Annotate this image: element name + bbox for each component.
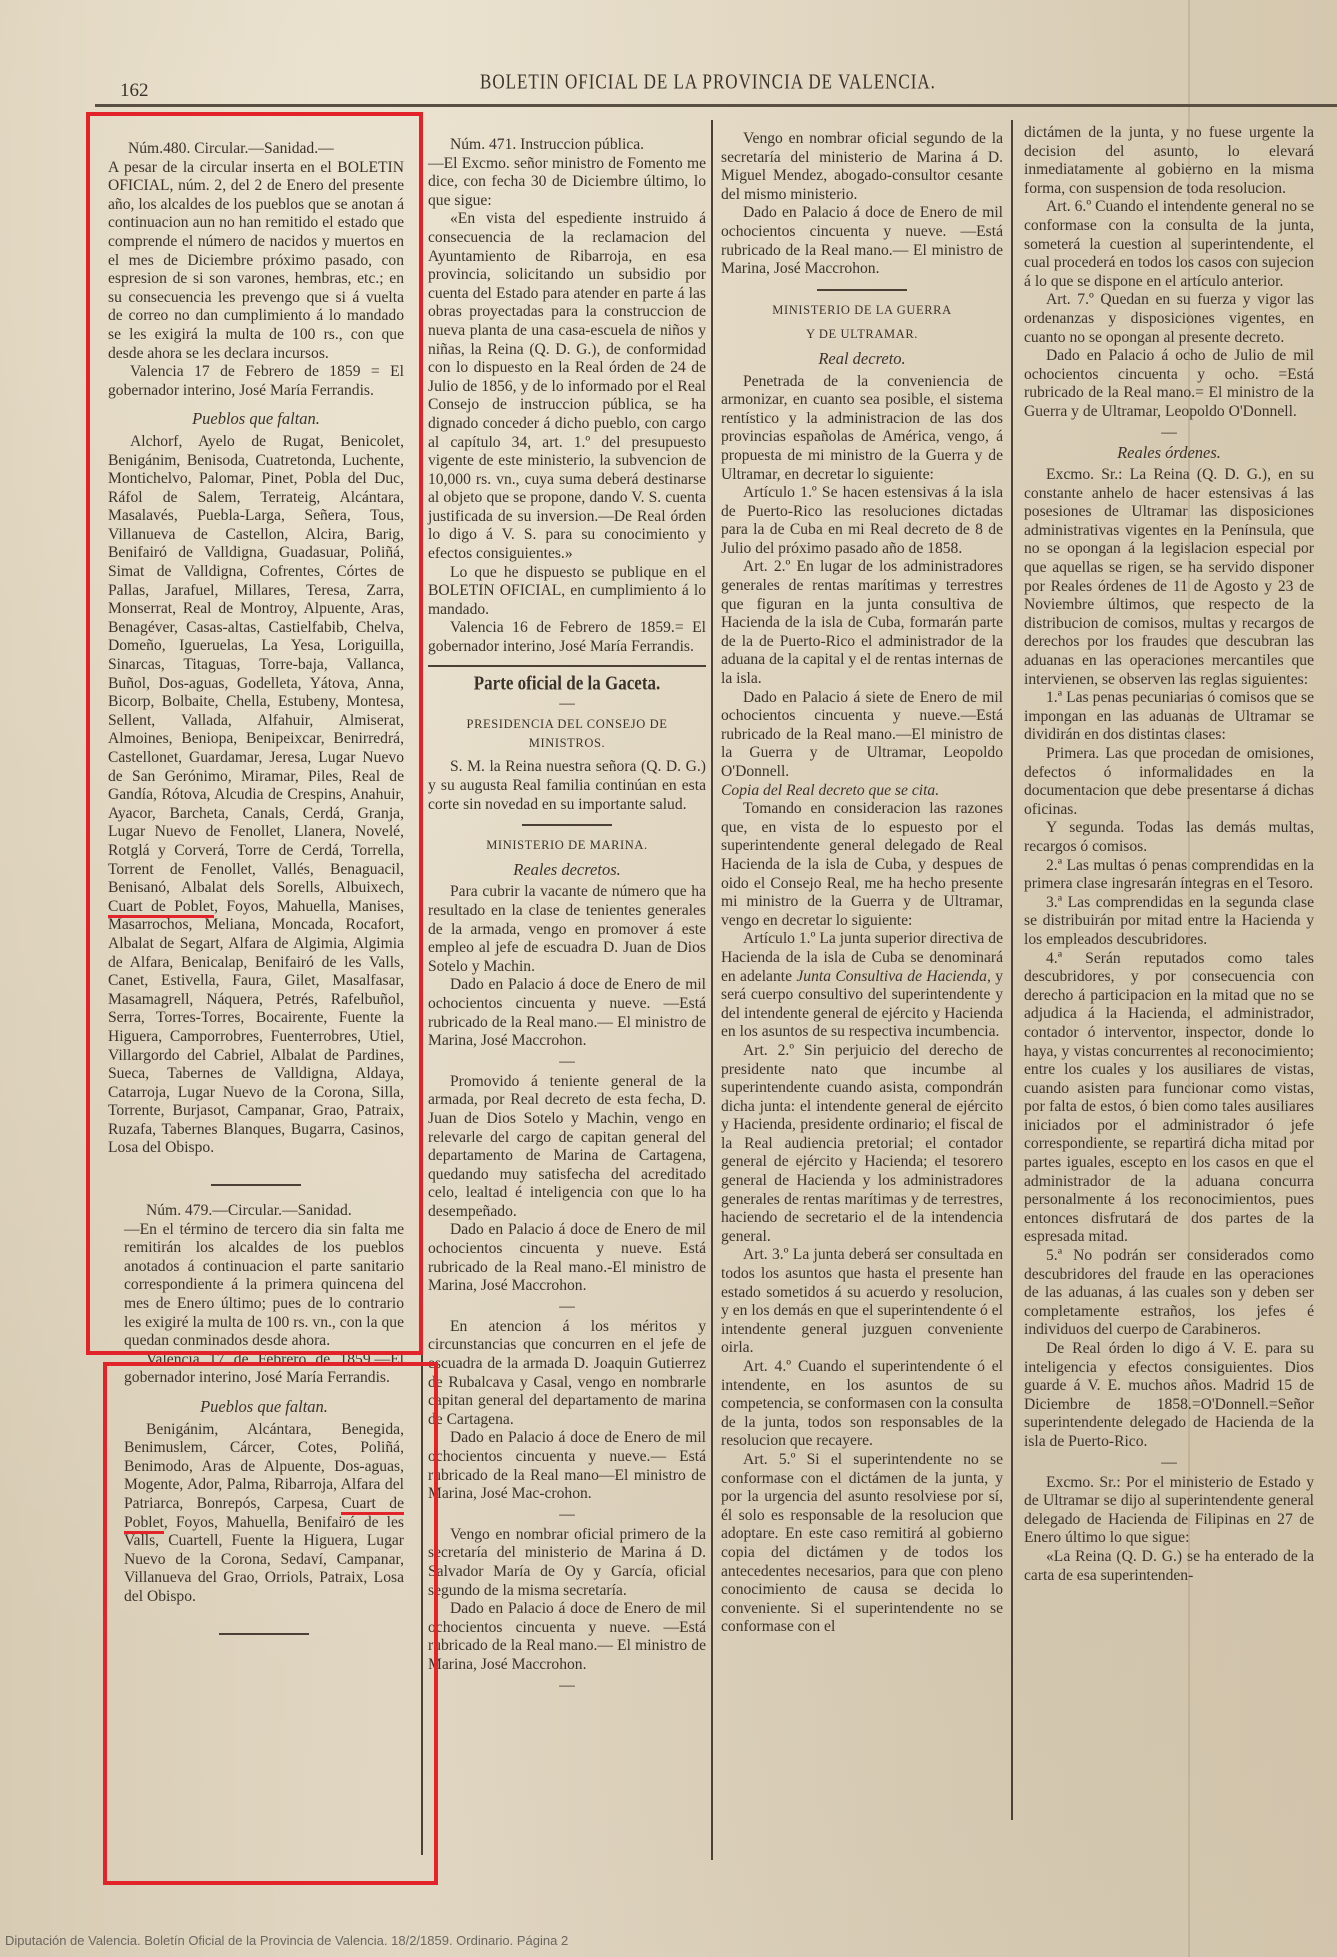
page-header: 162 BOLETIN OFICIAL DE LA PROVINCIA DE V…	[0, 60, 1337, 100]
copia-art5: Art. 5.º Si el superintendente no se con…	[721, 1451, 1003, 1637]
column-divider-2	[711, 120, 713, 1860]
guerra-heading-2: Y DE ULTRAMAR.	[721, 325, 1003, 344]
copia-art7: Art. 7.º Quedan en su fuerza y vigor las…	[1024, 291, 1314, 347]
header-rule	[95, 104, 1337, 107]
dash-divider: —	[1024, 1458, 1314, 1468]
num471-signature: Valencia 16 de Febrero de 1859.= El gobe…	[428, 619, 706, 656]
num471-heading: Núm. 471. Instruccion pública.	[428, 136, 706, 155]
marina-sign-2: Dado en Palacio á doce de Enero de mil o…	[428, 1221, 706, 1295]
copia-art6: Art. 6.º Cuando el intendente general no…	[1024, 198, 1314, 291]
copia-preamble: Tomando en consideracion las razones que…	[721, 800, 1003, 930]
gaceta-title: Parte oficial de la Gaceta.	[428, 673, 706, 694]
gaceta-rule	[428, 665, 706, 667]
source-footer: Diputación de Valencia. Boletín Oficial …	[5, 1933, 568, 1948]
num471-intro: —El Excmo. señor ministro de Fomento me …	[428, 155, 706, 211]
newspaper-title: BOLETIN OFICIAL DE LA PROVINCIA DE VALEN…	[480, 70, 936, 95]
column-3: Vengo en nombrar oficial segundo de la s…	[721, 130, 1003, 1637]
dash-divider: —	[428, 1057, 706, 1067]
section-divider	[522, 824, 612, 826]
guerra-sign: Dado en Palacio á siete de Enero de mil …	[721, 689, 1003, 782]
marina-sign-1: Dado en Palacio á doce de Enero de mil o…	[428, 976, 706, 1050]
highlight-box-circular-480	[86, 112, 423, 1355]
marina-sign-5: Dado en Palacio á doce de Enero de mil o…	[721, 204, 1003, 278]
column-2: Núm. 471. Instruccion pública. —El Excmo…	[428, 136, 706, 1697]
rule-1b: Y segunda. Todas las demás multas, recar…	[1024, 819, 1314, 856]
guerra-art1: Artículo 1.º Se hacen estensivas á la is…	[721, 484, 1003, 558]
rule-3: 3.ª Las comprendidas en la segunda clase…	[1024, 894, 1314, 950]
rule-1: 1.ª Las penas pecuniarias ó comisos que …	[1024, 689, 1314, 745]
guerra-heading-1: MINISTERIO DE LA GUERRA	[721, 301, 1003, 320]
copia-sign: Dado en Palacio á ocho de Julio de mil o…	[1024, 347, 1314, 421]
marina-heading: MINISTERIO DE MARINA.	[428, 836, 706, 855]
num471-quote: «En vista del espediente instruido á con…	[428, 210, 706, 563]
dash-divider: —	[1024, 428, 1314, 438]
column-4: dictámen de la junta, y no fuese urgente…	[1024, 124, 1314, 1585]
dash-divider: —	[428, 1302, 706, 1312]
copia-heading: Copia del Real decreto que se cita.	[721, 782, 1003, 801]
guerra-preamble: Penetrada de la conveniencia de armoniza…	[721, 373, 1003, 485]
marina-decree-1: Para cubrir la vacante de número que ha …	[428, 883, 706, 976]
rule-2: 2.ª Las multas ó penas comprendidas en l…	[1024, 857, 1314, 894]
marina-decree-5: Vengo en nombrar oficial segundo de la s…	[721, 130, 1003, 204]
real-orden-1: Excmo. Sr.: La Reina (Q. D. G.), en su c…	[1024, 466, 1314, 689]
dash-divider: —	[428, 1510, 706, 1520]
copia-art1: Artículo 1.º La junta superior directiva…	[721, 930, 1003, 1042]
reales-ordenes-heading: Reales órdenes.	[1024, 444, 1314, 463]
marina-decree-2: Promovido á teniente general de la armad…	[428, 1073, 706, 1222]
num471-closing: Lo que he dispuesto se publique en el BO…	[428, 564, 706, 620]
guerra-subheading: Real decreto.	[721, 350, 1003, 369]
marina-decree-3: En atencion á los méritos y circunstanci…	[428, 1318, 706, 1430]
real-orden-2: Excmo. Sr.: Por el ministerio de Estado …	[1024, 1474, 1314, 1548]
art5-continued: dictámen de la junta, y no fuese urgente…	[1024, 124, 1314, 198]
copia-art3: Art. 3.º La junta deberá ser consultada …	[721, 1246, 1003, 1358]
real-orden-2-quote: «La Reina (Q. D. G.) se ha enterado de l…	[1024, 1548, 1314, 1585]
rule-5: 5.ª No podrán ser considerados como desc…	[1024, 1247, 1314, 1340]
presidencia-body: S. M. la Reina nuestra señora (Q. D. G.)…	[428, 758, 706, 814]
guerra-art2: Art. 2.º En lugar de los administradores…	[721, 558, 1003, 688]
column-divider-3	[1011, 120, 1013, 1820]
rule-1a: Primera. Las que procedan de omisiones, …	[1024, 745, 1314, 819]
dash-divider: —	[428, 1681, 706, 1691]
page-number: 162	[120, 80, 149, 102]
marina-subheading: Reales decretos.	[428, 861, 706, 880]
section-divider	[817, 289, 907, 291]
highlight-box-circular-479	[103, 1362, 438, 1885]
marina-decree-4: Vengo en nombrar oficial primero de la s…	[428, 1526, 706, 1600]
rule-4: 4.ª Serán reputados como tales descubrid…	[1024, 950, 1314, 1248]
dash-divider: —	[428, 699, 706, 709]
presidencia-heading: PRESIDENCIA DEL CONSEJO DE MINISTROS.	[428, 715, 706, 752]
copia-art4: Art. 4.º Cuando el superintendente ó el …	[721, 1358, 1003, 1451]
real-orden-1-sign: De Real órden lo digo á V. E. para su in…	[1024, 1340, 1314, 1452]
marina-sign-4: Dado en Palacio á doce de Enero de mil o…	[428, 1600, 706, 1674]
marina-sign-3: Dado en Palacio á doce de Enero de mil o…	[428, 1429, 706, 1503]
copia-art2: Art. 2.º Sin perjuicio del derecho de pr…	[721, 1042, 1003, 1247]
